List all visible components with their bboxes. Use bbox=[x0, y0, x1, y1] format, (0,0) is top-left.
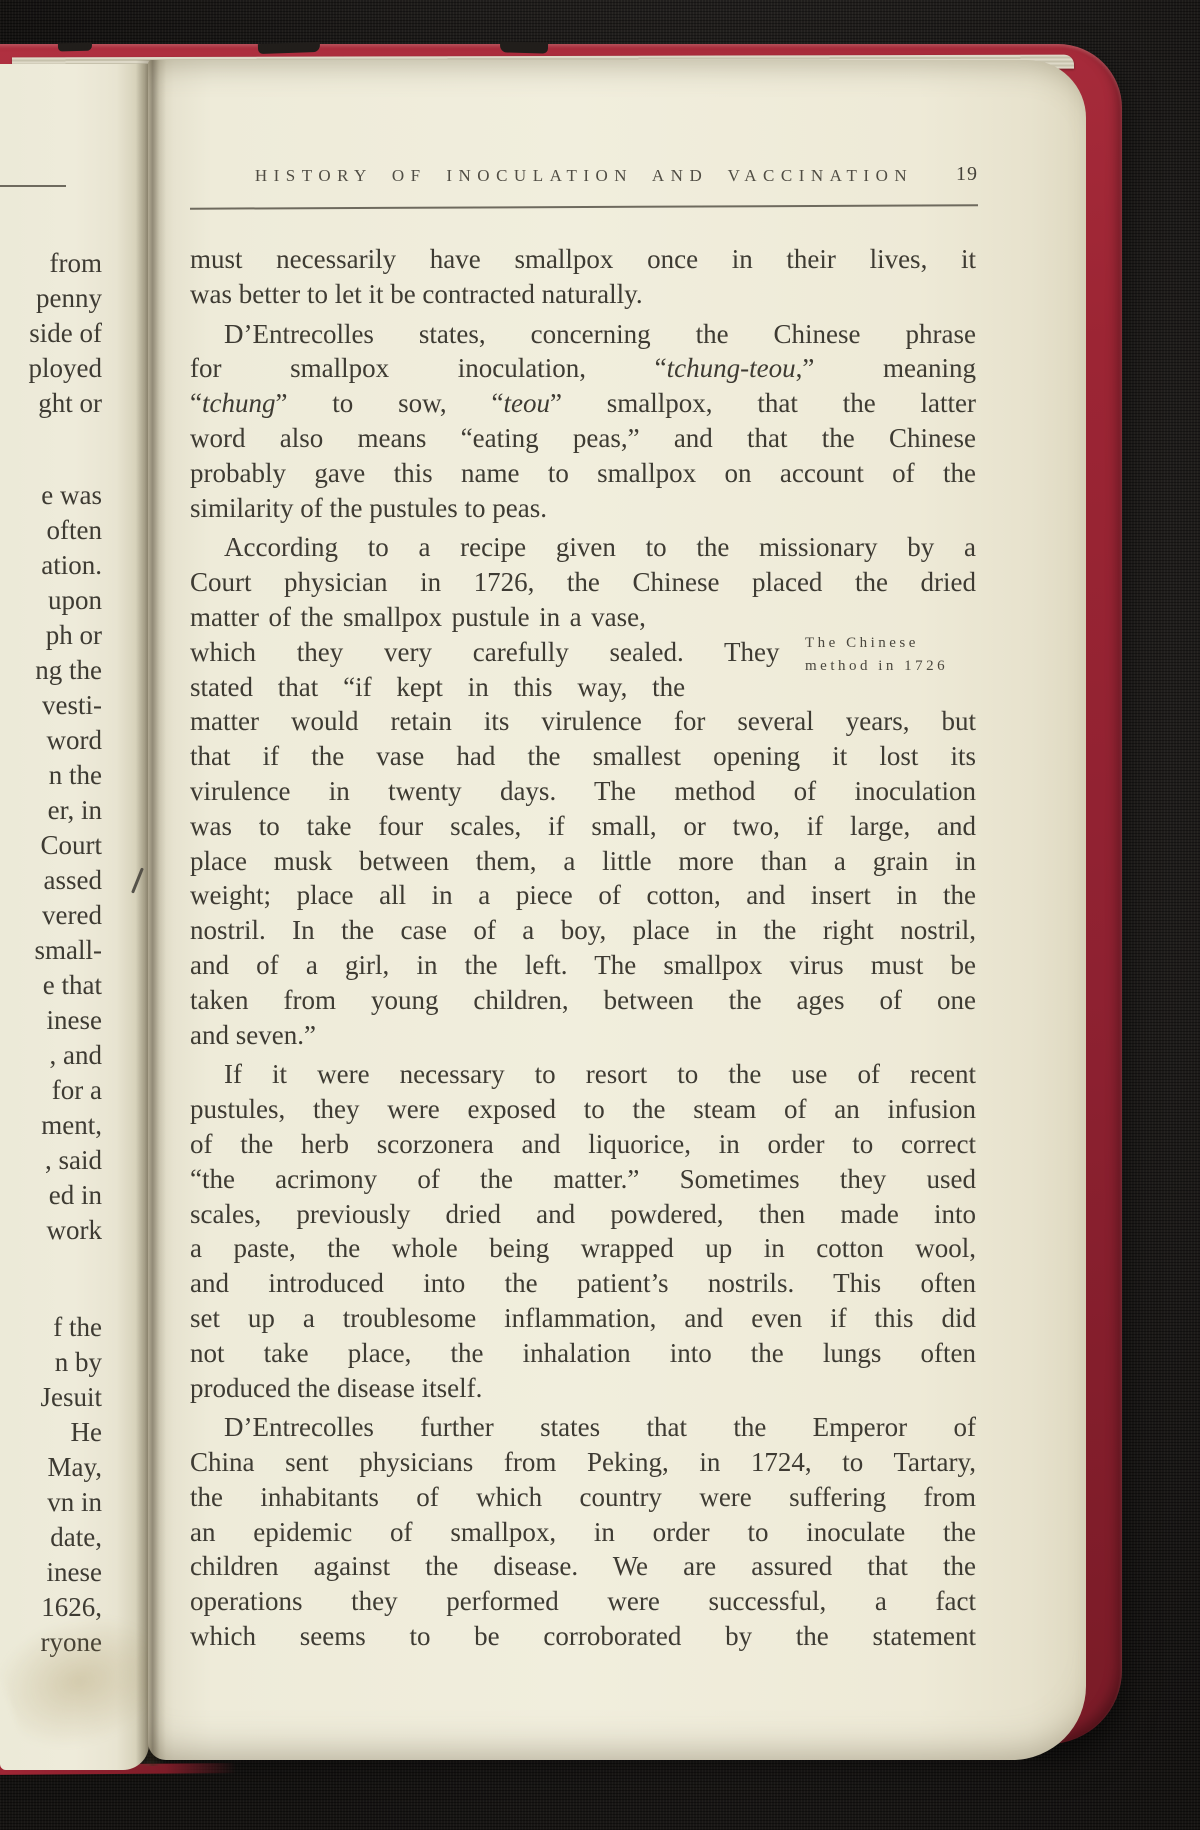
cut-off-text-line: er, in bbox=[29, 793, 103, 828]
text-line: place musk between them, a little more t… bbox=[190, 844, 976, 879]
text-line: taken from young children, between the a… bbox=[190, 983, 976, 1018]
cut-off-text-line: ph or bbox=[29, 618, 103, 653]
text-line: “tchung” to sow, “teou” smallpox, that t… bbox=[190, 386, 976, 421]
text-line: was to take four scales, if small, or tw… bbox=[190, 809, 976, 844]
cut-off-text-line: He bbox=[29, 1415, 103, 1450]
text-line: produced the disease itself. bbox=[190, 1371, 976, 1406]
ink-mark bbox=[131, 867, 144, 893]
cut-off-text-line: , and bbox=[29, 1038, 103, 1073]
text-line: probably gave this name to smallpox on a… bbox=[190, 456, 976, 491]
cut-off-text-line: penny bbox=[29, 281, 103, 316]
cut-off-text-line: f the bbox=[29, 1310, 103, 1345]
text-line: must necessarily have smallpox once in t… bbox=[190, 242, 976, 277]
running-header: HISTORY OF INOCULATION AND VACCINATION bbox=[190, 166, 978, 186]
fragment-group: frompennyside ofployedght or bbox=[29, 246, 103, 421]
paragraph: D’Entrecolles states, concerning the Chi… bbox=[190, 317, 976, 526]
text-line: matter of the smallpox pustule in a vase… bbox=[190, 600, 646, 635]
cut-off-text-line: ght or bbox=[29, 386, 103, 421]
cut-off-text-line: May, bbox=[29, 1450, 103, 1485]
paragraph: According to a recipe given to the missi… bbox=[190, 530, 976, 1052]
text-line: not take place, the inhalation into the … bbox=[190, 1336, 976, 1371]
text-line: an epidemic of smallpox, in order to ino… bbox=[190, 1515, 976, 1550]
cut-off-text-line: e was bbox=[29, 478, 103, 513]
cut-off-text-line: ployed bbox=[29, 351, 103, 386]
cut-off-text-line: n by bbox=[29, 1345, 103, 1380]
cut-off-text-line: side of bbox=[29, 316, 103, 351]
cover-frayed-edge bbox=[58, 43, 92, 52]
text-line: pustules, they were exposed to the steam… bbox=[190, 1092, 976, 1127]
text-line: and introduced into the patient’s nostri… bbox=[190, 1266, 976, 1301]
page-header: HISTORY OF INOCULATION AND VACCINATION 1… bbox=[190, 166, 978, 192]
text-line: Court physician in 1726, the Chinese pla… bbox=[190, 565, 976, 600]
cut-off-text-line: from bbox=[29, 246, 103, 281]
text-line: operations they performed were successfu… bbox=[190, 1584, 976, 1619]
text-line: nostril. In the case of a boy, place in … bbox=[190, 913, 976, 948]
cut-off-text-line: , said bbox=[29, 1143, 103, 1178]
cut-off-text-line: small- bbox=[29, 933, 103, 968]
text-line: was better to let it be contracted natur… bbox=[190, 277, 976, 312]
cut-off-text-line: often bbox=[29, 513, 103, 548]
text-line: If it were necessary to resort to the us… bbox=[190, 1057, 976, 1092]
text-line: According to a recipe given to the missi… bbox=[190, 530, 976, 565]
text-line: set up a troublesome inflammation, and e… bbox=[190, 1301, 976, 1336]
cut-off-text-line: word bbox=[29, 723, 103, 758]
facing-page-text: frompennyside ofployedght ore wasoftenat… bbox=[29, 246, 103, 1660]
text-line: a paste, the whole being wrapped up in c… bbox=[190, 1231, 976, 1266]
book-page: HISTORY OF INOCULATION AND VACCINATION 1… bbox=[148, 60, 1086, 1760]
text-line: D’Entrecolles further states that the Em… bbox=[190, 1410, 976, 1445]
text-line: weight; place all in a piece of cotton, … bbox=[190, 878, 976, 913]
cut-off-text-line: e that bbox=[29, 968, 103, 1003]
fragment-group: f then byJesuitHeMay,vn indate,inese1626… bbox=[29, 1310, 103, 1660]
cut-off-text-line: ment, bbox=[29, 1108, 103, 1143]
cut-off-text-line: Jesuit bbox=[29, 1380, 103, 1415]
paragraph: If it were necessary to resort to the us… bbox=[190, 1057, 976, 1405]
cut-off-text-line: n the bbox=[29, 758, 103, 793]
text-line: which they very carefully sealed. They bbox=[190, 635, 780, 670]
cut-off-text-line: for a bbox=[29, 1073, 103, 1108]
text-line: D’Entrecolles states, concerning the Chi… bbox=[190, 317, 976, 352]
text-line: for smallpox inoculation, “tchung-teou,”… bbox=[190, 351, 976, 386]
text-line: similarity of the pustules to peas. bbox=[190, 491, 976, 526]
cut-off-text-line: vesti- bbox=[29, 688, 103, 723]
text-line: scales, previously dried and powdered, t… bbox=[190, 1197, 976, 1232]
cut-off-text-line: ed in bbox=[29, 1178, 103, 1213]
cut-off-text-line: inese bbox=[29, 1555, 103, 1590]
cut-off-text-line: inese bbox=[29, 1003, 103, 1038]
page-number: 19 bbox=[956, 163, 978, 186]
cut-off-text-line: assed bbox=[29, 863, 103, 898]
paragraph: D’Entrecolles further states that the Em… bbox=[190, 1410, 976, 1654]
text-line: the inhabitants of which country were su… bbox=[190, 1480, 976, 1515]
header-rule bbox=[190, 204, 978, 209]
text-line: stated that “if kept in this way, the bbox=[190, 670, 685, 705]
cut-off-text-line: ation. bbox=[29, 548, 103, 583]
cover-frayed-edge bbox=[500, 41, 548, 53]
cut-off-text-line: ng the bbox=[29, 653, 103, 688]
fragment-group: e wasoftenation.uponph orng thevesti-wor… bbox=[29, 478, 103, 1248]
text-line: which seems to be corroborated by the st… bbox=[190, 1619, 976, 1654]
text-line: matter would retain its virulence for se… bbox=[190, 704, 976, 739]
text-line: children against the disease. We are ass… bbox=[190, 1549, 976, 1584]
cut-off-text-line: upon bbox=[29, 583, 103, 618]
text-line: word also means “eating peas,” and that … bbox=[190, 421, 976, 456]
cut-off-text-line: vered bbox=[29, 898, 103, 933]
page-body-text: must necessarily have smallpox once in t… bbox=[190, 242, 976, 1654]
paragraph: must necessarily have smallpox once in t… bbox=[190, 242, 976, 312]
text-line: “the acrimony of the matter.” Sometimes … bbox=[190, 1162, 976, 1197]
cut-off-text-line: vn in bbox=[29, 1485, 103, 1520]
cut-off-text-line: work bbox=[29, 1213, 103, 1248]
cut-off-text-line: Court bbox=[29, 828, 103, 863]
text-line: and seven.” bbox=[190, 1018, 976, 1053]
facing-page: frompennyside ofployedght ore wasoftenat… bbox=[0, 64, 149, 1770]
text-line: China sent physicians from Peking, in 17… bbox=[190, 1445, 976, 1480]
text-line: of the herb scorzonera and liquorice, in… bbox=[190, 1127, 976, 1162]
photo-background: frompennyside ofployedght ore wasoftenat… bbox=[0, 0, 1200, 1830]
facing-page-rule-fragment bbox=[0, 185, 66, 187]
cut-off-text-line: date, bbox=[29, 1520, 103, 1555]
text-line: and of a girl, in the left. The smallpox… bbox=[190, 948, 976, 983]
text-line: virulence in twenty days. The method of … bbox=[190, 774, 976, 809]
text-line: that if the vase had the smallest openin… bbox=[190, 739, 976, 774]
